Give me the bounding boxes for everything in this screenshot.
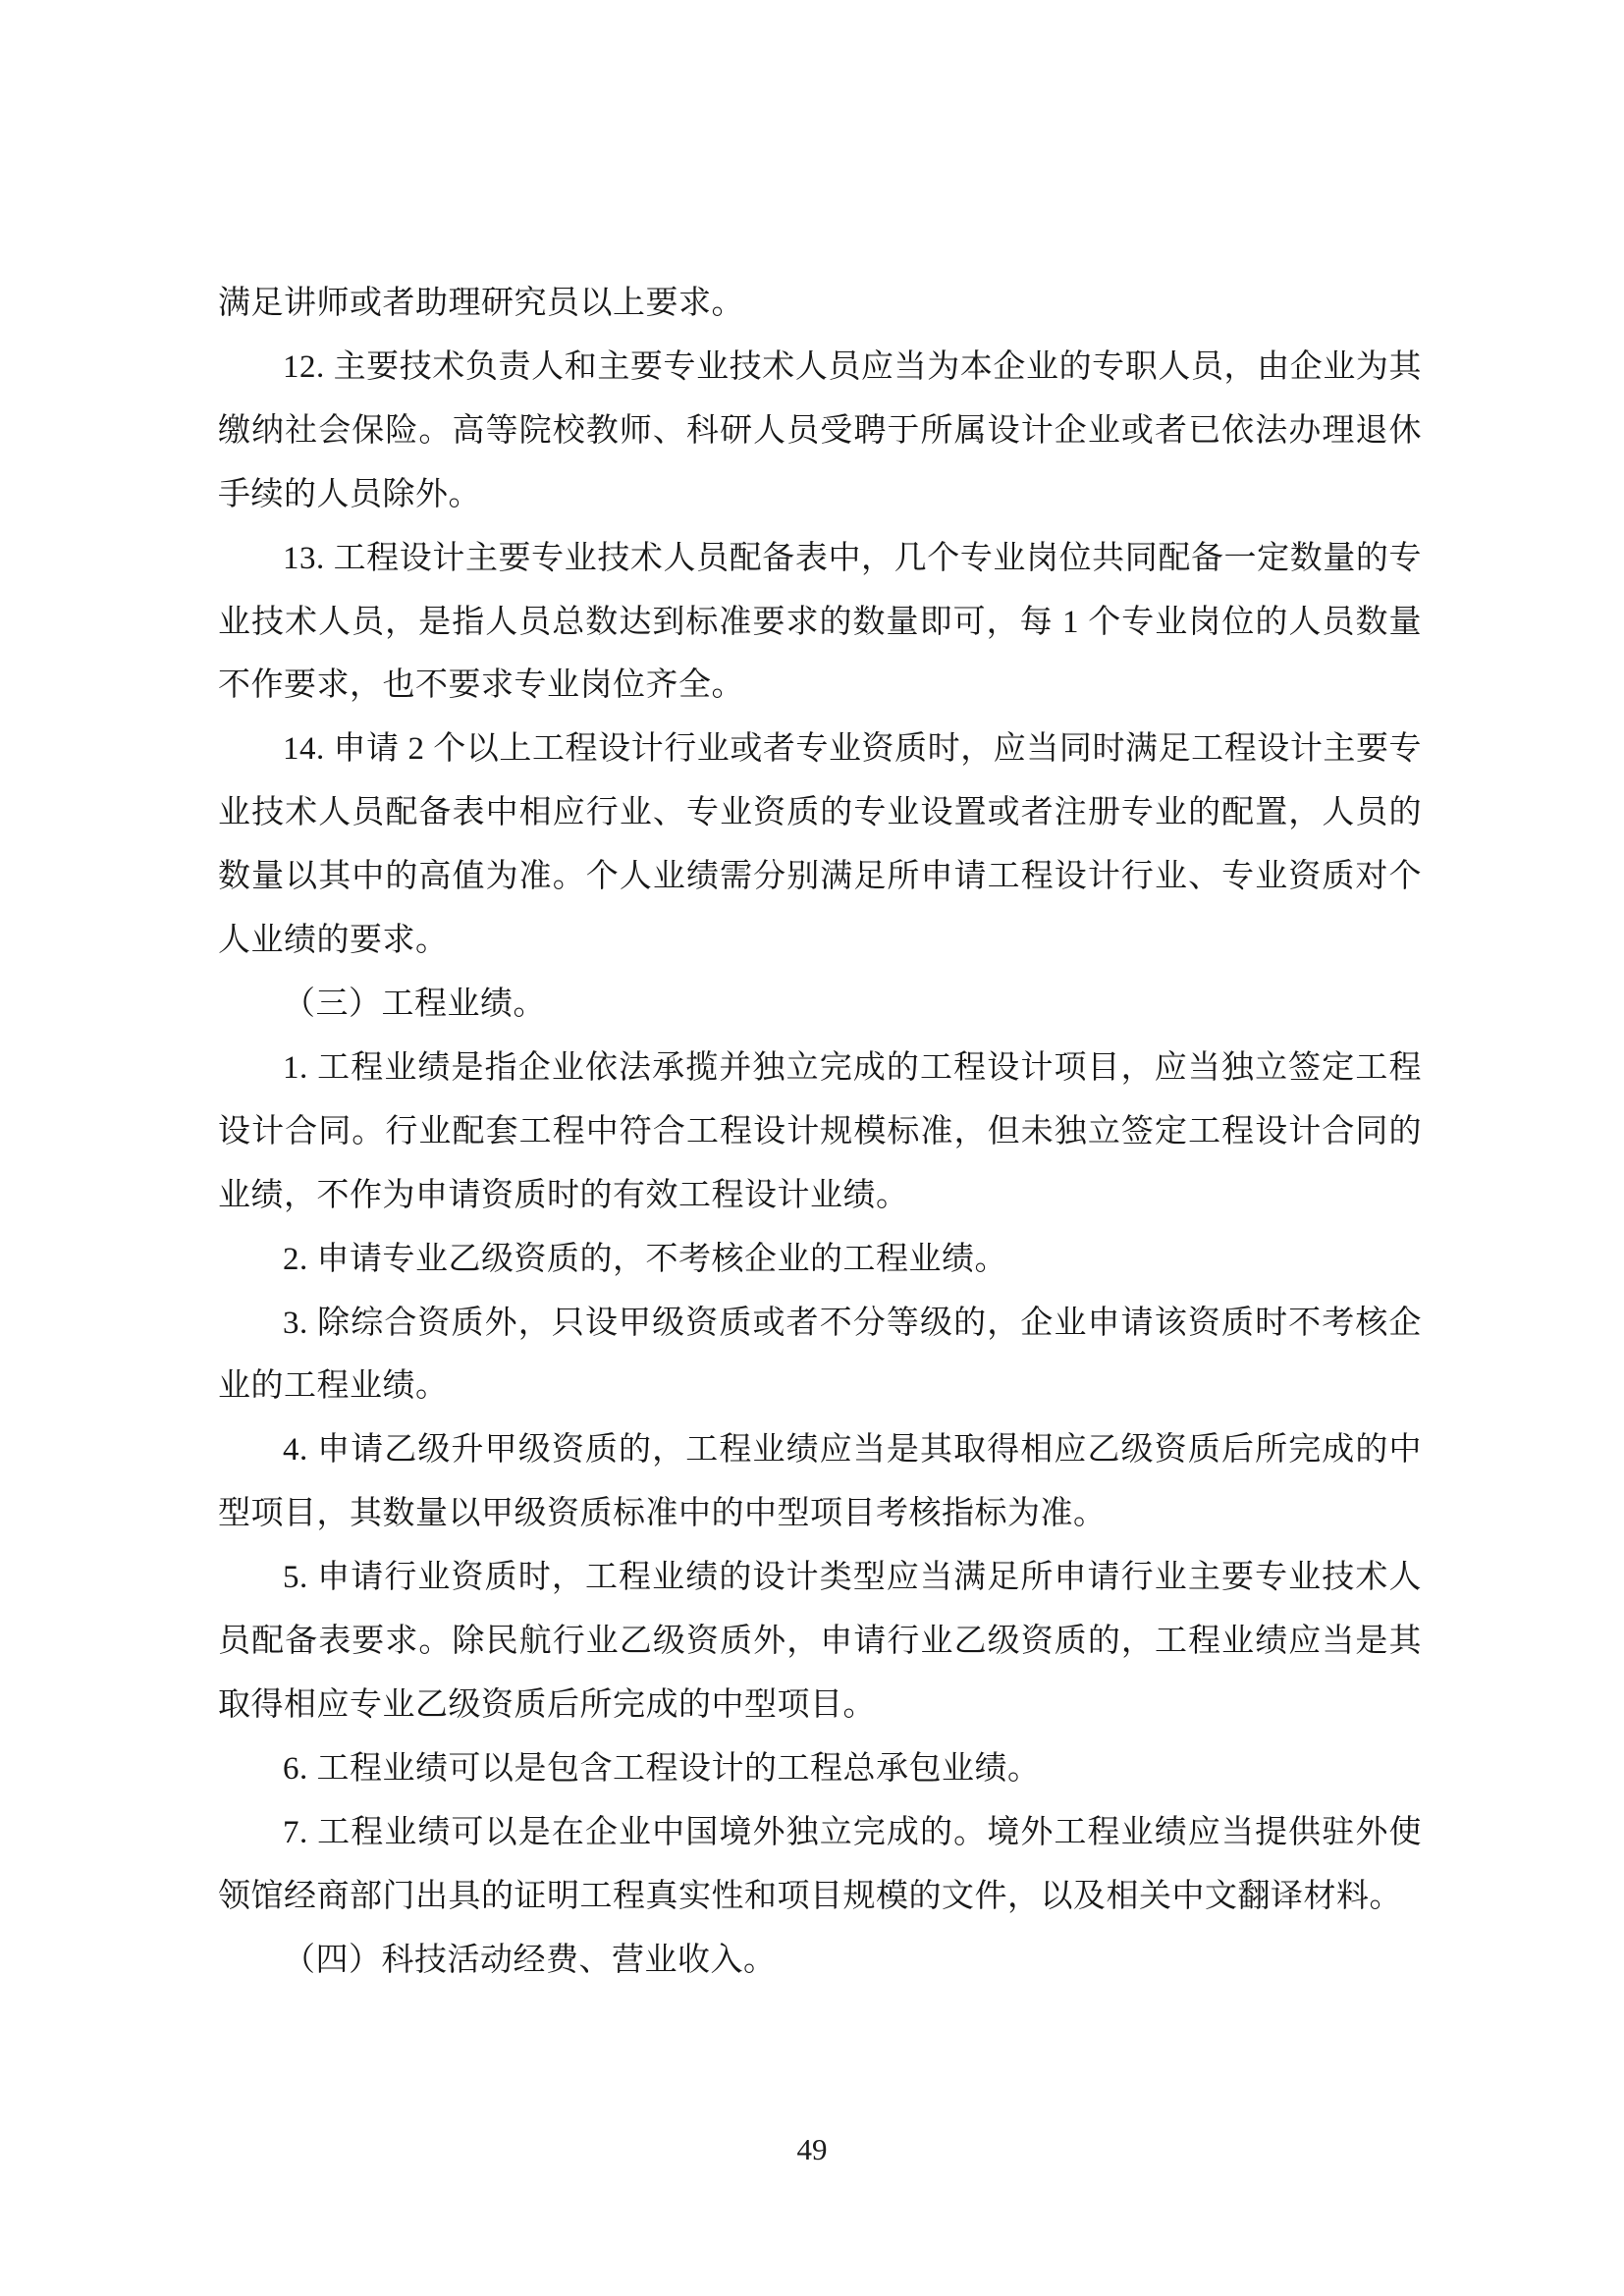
paragraph: 1. 工程业绩是指企业依法承揽并独立完成的工程设计项目，应当独立签定工程设计合同… [218, 1037, 1422, 1228]
paragraph: 5. 申请行业资质时，工程业绩的设计类型应当满足所申请行业主要专业技术人员配备表… [218, 1546, 1422, 1737]
page-number: 49 [797, 2132, 828, 2166]
paragraph: 6. 工程业绩可以是包含工程设计的工程总承包业绩。 [218, 1737, 1422, 1801]
paragraph: 4. 申请乙级升甲级资质的，工程业绩应当是其取得相应乙级资质后所完成的中型项目，… [218, 1418, 1422, 1546]
paragraph: 7. 工程业绩可以是在企业中国境外独立完成的。境外工程业绩应当提供驻外使领馆经商… [218, 1801, 1422, 1929]
paragraph: 14. 申请 2 个以上工程设计行业或者专业资质时，应当同时满足工程设计主要专业… [218, 718, 1422, 973]
paragraph: 满足讲师或者助理研究员以上要求。 [218, 272, 1422, 336]
paragraph: （四）科技活动经费、营业收入。 [218, 1929, 1422, 1993]
paragraph: （三）工程业绩。 [218, 973, 1422, 1037]
document-page: 满足讲师或者助理研究员以上要求。12. 主要技术负责人和主要专业技术人员应当为本… [0, 0, 1624, 2296]
paragraph: 3. 除综合资质外，只设甲级资质或者不分等级的，企业申请该资质时不考核企业的工程… [218, 1292, 1422, 1419]
paragraph: 2. 申请专业乙级资质的，不考核企业的工程业绩。 [218, 1228, 1422, 1292]
paragraph: 12. 主要技术负责人和主要专业技术人员应当为本企业的专职人员，由企业为其缴纳社… [218, 336, 1422, 527]
page-footer: 49 [0, 2130, 1624, 2169]
document-body: 满足讲师或者助理研究员以上要求。12. 主要技术负责人和主要专业技术人员应当为本… [218, 272, 1422, 1992]
paragraph: 13. 工程设计主要专业技术人员配备表中，几个专业岗位共同配备一定数量的专业技术… [218, 527, 1422, 719]
